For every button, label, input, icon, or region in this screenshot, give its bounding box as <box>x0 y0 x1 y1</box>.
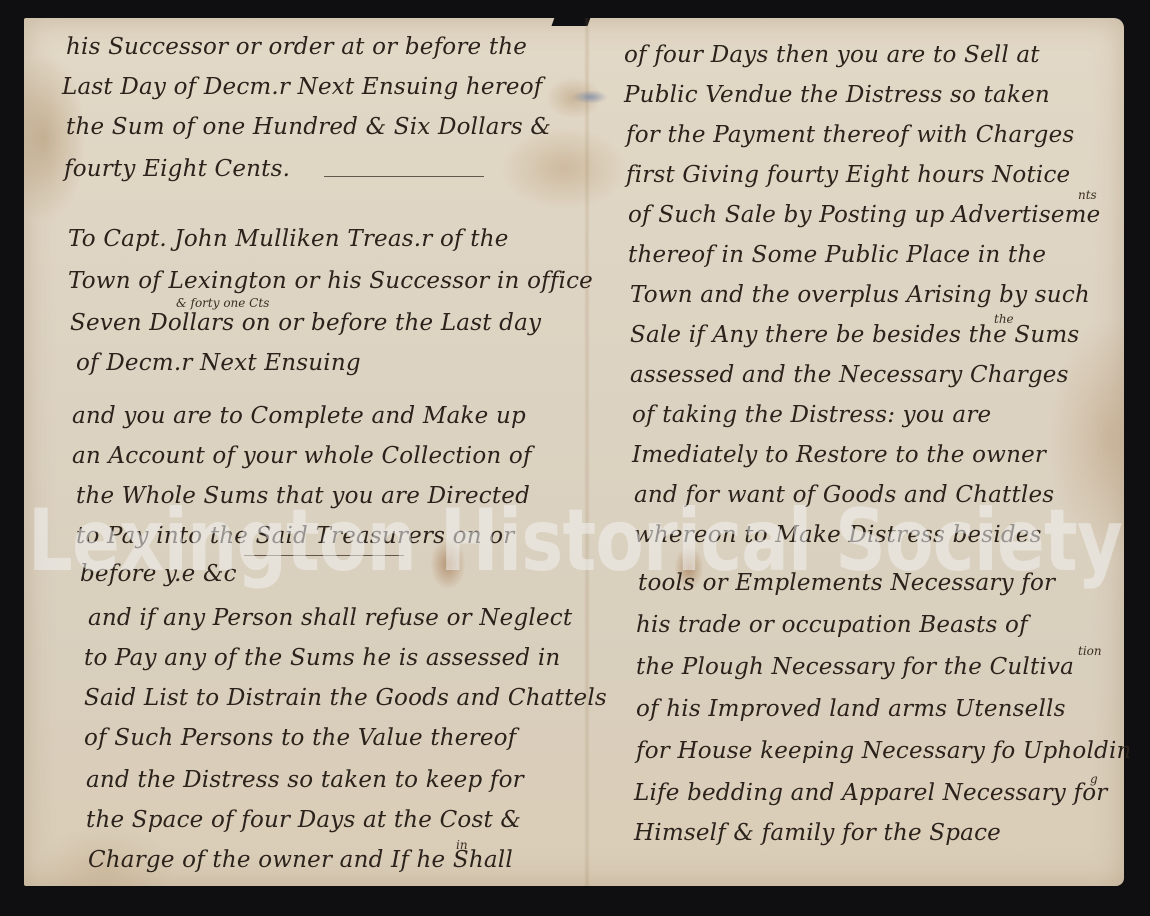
text-line: tools or Emplements Necessary for <box>638 570 1055 596</box>
text-line: of Such Sale by Posting up Advertiseme <box>628 202 1100 228</box>
scan-frame: his Successor or order at or before the … <box>0 0 1150 916</box>
text-line: of Such Persons to the Value thereof <box>84 725 516 751</box>
text-line: the Whole Sums that you are Directed <box>76 483 530 509</box>
text-line: for House keeping Necessary fo Upholdin <box>636 738 1132 764</box>
text-line: Town and the overplus Arising by such <box>630 282 1090 308</box>
text-line: and the Distress so taken to keep for <box>86 767 524 793</box>
interlinear-insertion: tion <box>1078 644 1102 658</box>
text-line: to Pay any of the Sums he is assessed in <box>84 645 560 671</box>
text-line: first Giving fourty Eight hours Notice <box>626 162 1070 188</box>
text-line: whereon to Make Distress besides <box>634 522 1042 548</box>
manuscript-sheet: his Successor or order at or before the … <box>24 18 1124 886</box>
text-line: and if any Person shall refuse or Neglec… <box>88 605 572 631</box>
text-line: Charge of the owner and If he Shall <box>88 847 513 873</box>
text-line: the Sum of one Hundred & Six Dollars & <box>66 114 551 140</box>
text-line: thereof in Some Public Place in the <box>628 242 1046 268</box>
left-page: his Successor or order at or before the … <box>24 18 584 886</box>
right-page: of four Days then you are to Sell at Pub… <box>590 18 1124 886</box>
text-line: of his Improved land arms Utensells <box>636 696 1066 722</box>
line-rule <box>324 176 484 177</box>
text-line: of taking the Distress: you are <box>632 402 991 428</box>
text-line: an Account of your whole Collection of <box>72 443 532 469</box>
text-line: to Pay into the Said Treasurers on or <box>76 523 514 549</box>
text-line: Town of Lexington or his Successor in of… <box>68 268 593 294</box>
text-line: of Decm.r Next Ensuing <box>76 350 361 376</box>
text-line: the Space of four Days at the Cost & <box>86 807 521 833</box>
text-line: before y.e &c <box>80 561 237 587</box>
text-line: his trade or occupation Beasts of <box>636 612 1028 638</box>
text-line: To Capt. John Mulliken Treas.r of the <box>68 226 509 252</box>
text-line: the Plough Necessary for the Cultiva <box>636 654 1074 680</box>
text-line: and you are to Complete and Make up <box>72 403 526 429</box>
text-line: and for want of Goods and Chattles <box>634 482 1054 508</box>
text-line: fourty Eight Cents. <box>64 156 290 182</box>
text-line: Last Day of Decm.r Next Ensuing hereof <box>62 74 543 100</box>
text-line: Seven Dollars on or before the Last day <box>70 310 541 336</box>
text-line: Sale if Any there be besides the Sums <box>630 322 1079 348</box>
text-line: Himself & family for the Space <box>634 820 1001 846</box>
text-line: Public Vendue the Distress so taken <box>624 82 1050 108</box>
text-line: Imediately to Restore to the owner <box>632 442 1046 468</box>
text-line: Life bedding and Apparel Necessary for <box>634 780 1107 806</box>
text-line: for the Payment thereof with Charges <box>626 122 1074 148</box>
interlinear-insertion: nts <box>1078 188 1097 202</box>
text-line: his Successor or order at or before the <box>66 34 527 60</box>
text-line: of four Days then you are to Sell at <box>624 42 1040 68</box>
text-line: assessed and the Necessary Charges <box>630 362 1069 388</box>
text-line: Said List to Distrain the Goods and Chat… <box>84 685 607 711</box>
line-rule <box>244 555 404 556</box>
interlinear-insertion: & forty one Cts <box>176 296 269 310</box>
